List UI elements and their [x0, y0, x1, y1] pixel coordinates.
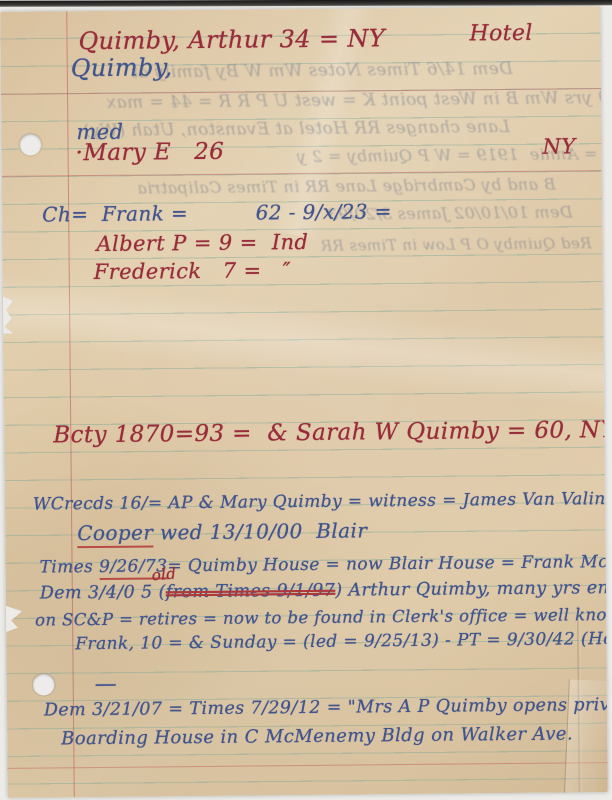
- separator-dash: —: [95, 673, 118, 697]
- bleedthrough-line: B and by Cambridge Lane RR in Times Cali…: [137, 175, 556, 198]
- times-prefix: Times: [39, 557, 99, 578]
- paper-sheet: Dem 14/6 Times Notes Wm W By family at B…: [0, 6, 608, 798]
- cooper-underlined: Cooper: [77, 520, 153, 548]
- hotel-annotation: Hotel: [469, 22, 533, 47]
- wife-line: ·Mary E 26: [75, 140, 224, 167]
- scanner-edge-shadow: [0, 0, 612, 7]
- wife-state: NY: [542, 135, 575, 158]
- bcty-sarah-line: Bcty 1870=93 = & Sarah W Quimby = 60, NY…: [53, 418, 608, 449]
- child-frederick-line: Frederick 7 = ″: [94, 259, 291, 284]
- wedding-cert-rest: wed 13/10/00 Blair: [153, 518, 367, 544]
- times-rest: = Quimby House = now Blair House = Frank…: [167, 551, 607, 576]
- children-frank-line: Ch= Frank = 62 - 9/x/23 =: [42, 200, 392, 225]
- header-name-line: Quimby, Arthur 34 = NY: [78, 25, 385, 54]
- old-correction-note: old: [151, 565, 177, 583]
- bleedthrough-line: Lane changes RR Hotel at Evanston, Utah …: [83, 117, 510, 141]
- surname-line: Quimby,: [71, 54, 173, 81]
- scanned-document: Dem 14/6 Times Notes Wm W By family at B…: [0, 0, 612, 800]
- punch-hole-bottom: [33, 673, 55, 695]
- child-albert-line: Albert P = 9 = Ind: [96, 231, 308, 256]
- dem-prefix: Dem 3/4/0 5 (: [40, 582, 166, 603]
- punch-hole-top: [19, 134, 41, 156]
- bleedthrough-line: Dem 14/6 Times Notes Wm W By family at: [131, 59, 513, 83]
- wedding-cert-line-2: Cooper wed 13/10/00 Blair: [77, 519, 367, 544]
- dem-rest: ) Arthur Quimby, many yrs engineer: [335, 578, 608, 601]
- struck-out-citation: from Times 9/1/97: [166, 581, 336, 603]
- bleedthrough-line: Red Quimby O P Low in Times RR: [320, 234, 591, 255]
